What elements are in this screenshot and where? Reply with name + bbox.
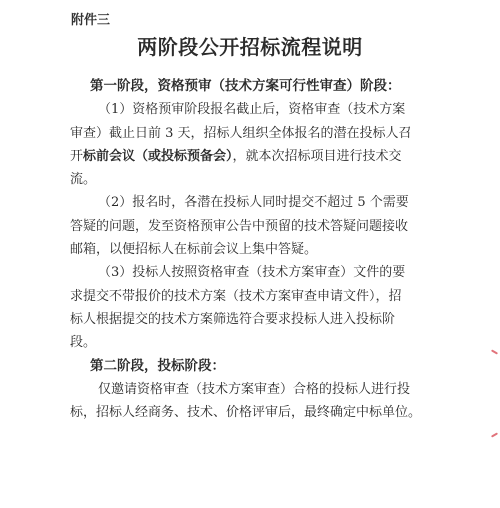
paragraph-line: 仅邀请资格审查（技术方案审查）合格的投标人进行投 [70, 378, 432, 401]
stage1-item3: （3）投标人按照资格审查（技术方案审查）文件的要 求提交不带报价的技术方案（技术… [70, 261, 432, 354]
paragraph-line: 标人根据提交的技术方案筛选符合要求投标人进入投标阶 [70, 308, 432, 331]
paragraph-line: 流。 [70, 168, 432, 191]
paragraph-line: 审查）截止日前 3 天，招标人组织全体报名的潜在投标人召 [70, 122, 432, 145]
stage1-heading: 第一阶段，资格预审（技术方案可行性审查）阶段： [70, 75, 432, 98]
red-edge-mark [491, 349, 498, 354]
paragraph-line: （2）报名时，各潜在投标人同时提交不超过 5 个需要 [70, 191, 432, 214]
paragraph-line: 求提交不带报价的技术方案（技术方案审查申请文件），招 [70, 285, 432, 308]
document-body: 第一阶段，资格预审（技术方案可行性审查）阶段： （1）资格预审阶段报名截止后，资… [70, 75, 432, 424]
attachment-label: 附件三 [71, 9, 110, 28]
stage2-heading: 第二阶段，投标阶段： [70, 355, 432, 378]
paragraph-line: 标，招标人经商务、技术、价格评审后，最终确定中标单位。 [70, 401, 432, 424]
stage1-item2: （2）报名时，各潜在投标人同时提交不超过 5 个需要 答疑的问题，发至资格预审公… [70, 191, 432, 261]
red-edge-mark [491, 432, 498, 437]
paragraph-line: 邮箱，以便招标人在标前会议上集中答疑。 [70, 238, 432, 261]
paragraph-line: （1）资格预审阶段报名截止后，资格审查（技术方案 [70, 98, 432, 121]
document-title: 两阶段公开招标流程说明 [0, 31, 500, 60]
stage1-item1: （1）资格预审阶段报名截止后，资格审查（技术方案 审查）截止日前 3 天，招标人… [70, 98, 432, 191]
text-run: 开 [70, 149, 83, 164]
text-run: ，就本次招标项目进行技术交 [233, 149, 402, 164]
paragraph-line: 段。 [70, 331, 432, 354]
paragraph-line: 开标前会议（或投标预备会），就本次招标项目进行技术交 [70, 145, 432, 168]
document-page: 附件三 两阶段公开招标流程说明 第一阶段，资格预审（技术方案可行性审查）阶段： … [0, 0, 500, 508]
pre-bid-meeting-emphasis: 标前会议（或投标预备会） [83, 149, 233, 164]
stage2-paragraph: 仅邀请资格审查（技术方案审查）合格的投标人进行投 标，招标人经商务、技术、价格评… [70, 378, 432, 425]
paragraph-line: 答疑的问题，发至资格预审公告中预留的技术答疑问题接收 [70, 215, 432, 238]
paragraph-line: （3）投标人按照资格审查（技术方案审查）文件的要 [70, 261, 432, 284]
